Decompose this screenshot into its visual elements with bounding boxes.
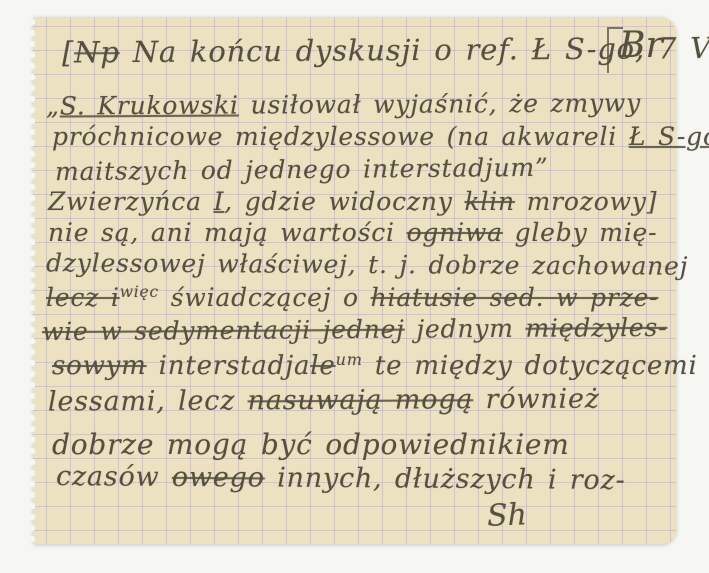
handwriting-segment: lessami, lecz xyxy=(48,385,248,417)
signature: Sh xyxy=(486,497,527,533)
handwriting-segment: dobrze mogą być odpowiednikiem xyxy=(52,428,570,461)
handwritten-line: próchnicowe międzylessowe (na akwareli Ł… xyxy=(52,122,709,151)
handwriting-segment: gleby mię- xyxy=(503,218,658,247)
struck-out-text: wie w sedymentacji jednej xyxy=(42,315,405,347)
struck-out-text: owego xyxy=(172,462,265,494)
handwritten-line: maitszych od jednego interstadjum” xyxy=(55,153,549,186)
handwriting-segment: próchnicowe międzylessowe (na akwareli xyxy=(52,122,629,151)
handwriting-segment: innych, dłuższych i roz- xyxy=(265,462,626,496)
handwriting-segment: „ xyxy=(46,91,60,120)
handwriting-segment: , gdzie widoczny xyxy=(224,187,464,216)
handwritten-line: dobrze mogą być odpowiednikiem xyxy=(52,428,570,461)
struck-out-text: le xyxy=(310,351,335,381)
handwritten-line: lessami, lecz nasuwają mogą również xyxy=(48,384,600,418)
handwriting-segment: te między dotyczącemi xyxy=(363,351,698,381)
handwriting-segment: dzylessowej właściwej, t. j. dobrze zach… xyxy=(46,248,688,280)
struck-out-text: ogniwa xyxy=(407,218,503,247)
handwritten-line: nie są, ani mają wartości ogniwa gleby m… xyxy=(48,218,657,247)
scan-background: [Np Na końcu dyskusji o ref. Ł S-go, 7 V… xyxy=(0,0,709,573)
handwritten-line: wie w sedymentacji jednej jednym międzyl… xyxy=(42,313,668,346)
handwriting-segment: maitszych od jednego interstadjum” xyxy=(55,153,549,186)
handwritten-line: lecz iwięc świadczącej o hiatusie sed. w… xyxy=(46,283,658,312)
note-paper: [Np Na końcu dyskusji o ref. Ł S-go, 7 V… xyxy=(33,17,676,544)
perforated-edge xyxy=(30,17,37,544)
handwriting-segment: Zwierzyńca xyxy=(48,187,214,216)
handwriting-segment: S. Krukowski xyxy=(60,91,239,121)
handwriting-segment: [ xyxy=(62,35,74,69)
struck-out-text: nasuwają mogą xyxy=(247,384,473,416)
struck-out-text: sowym xyxy=(52,351,147,381)
handwriting-segment: świadczącej o xyxy=(159,283,371,312)
handwriting-segment: interstadja xyxy=(147,351,311,381)
handwritten-line: „S. Krukowski usiłował wyjaśnić, że zmyw… xyxy=(46,88,641,120)
handwritten-line: Zwierzyńca I, gdzie widoczny klin mrozow… xyxy=(48,187,657,216)
struck-out-text: klin xyxy=(464,187,514,216)
margin-mark-br: Br xyxy=(619,25,663,66)
handwriting-segment: usiłował wyjaśnić, że zmywy xyxy=(239,88,641,119)
handwriting-segment: czasów xyxy=(56,461,172,493)
handwriting-segment: mrozowy] xyxy=(515,187,657,216)
handwritten-line: sowym interstadjaleum te między dotycząc… xyxy=(52,350,698,381)
inserted-correction: um xyxy=(336,350,363,369)
handwritten-line: dzylessowej właściwej, t. j. dobrze zach… xyxy=(46,248,688,280)
handwriting-segment: jednym xyxy=(405,314,526,344)
struck-out-text: lecz i xyxy=(46,283,120,312)
handwritten-line: czasów owego innych, dłuższych i roz- xyxy=(56,461,626,496)
handwriting-segment: nie są, ani mają wartości xyxy=(48,218,407,247)
handwriting-segment: I xyxy=(214,187,225,216)
struck-out-text: hiatusie sed. w prze- xyxy=(371,283,659,312)
inserted-correction: więc xyxy=(120,283,159,301)
struck-out-text: Np xyxy=(74,35,120,69)
struck-out-text: międzyles- xyxy=(525,313,667,343)
handwriting-segment: Ł S-go xyxy=(629,122,709,151)
handwriting-segment: również xyxy=(473,384,600,416)
